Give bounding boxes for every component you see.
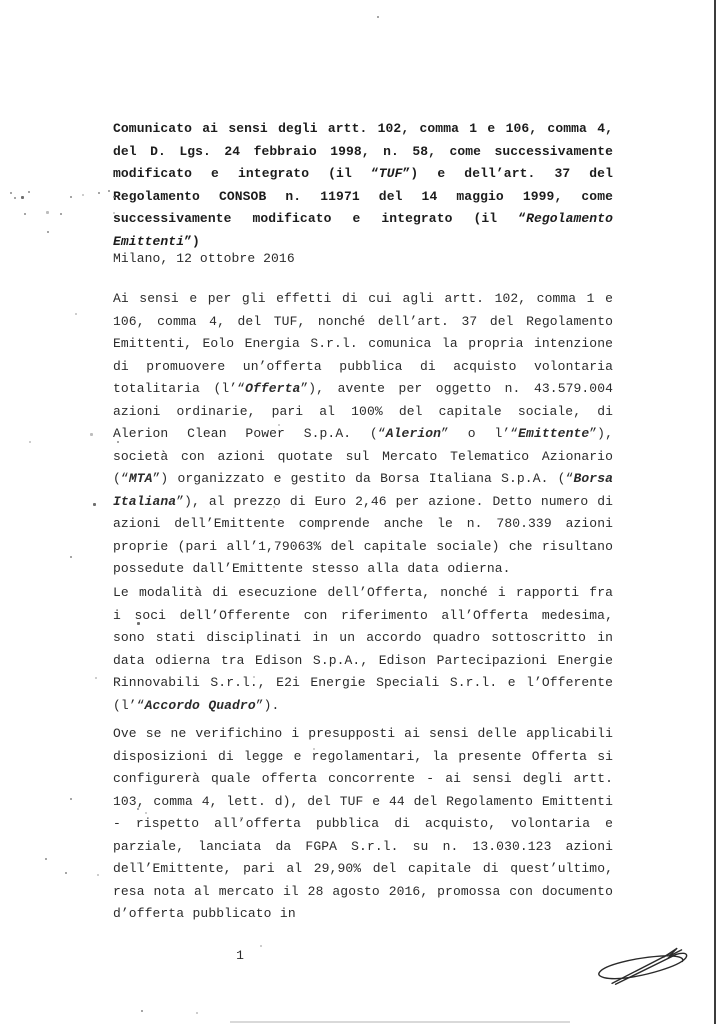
scan-edge-right — [714, 0, 716, 1024]
text-block: Comunicato ai sensi degli artt. 102, com… — [113, 0, 613, 1024]
body-paragraph-2: Le modalità di esecuzione dell’Offerta, … — [113, 582, 613, 717]
body-paragraph-3: Ove se ne verifichino i presupposti ai s… — [113, 723, 613, 926]
dateline: Milano, 12 ottobre 2016 — [113, 248, 295, 271]
body-paragraph-1: Ai sensi e per gli effetti di cui agli a… — [113, 288, 613, 581]
scanned-document-page: Comunicato ai sensi degli artt. 102, com… — [0, 0, 724, 1024]
signature-icon — [583, 933, 715, 995]
header-paragraph: Comunicato ai sensi degli artt. 102, com… — [113, 118, 613, 253]
page-number: 1 — [0, 948, 480, 963]
